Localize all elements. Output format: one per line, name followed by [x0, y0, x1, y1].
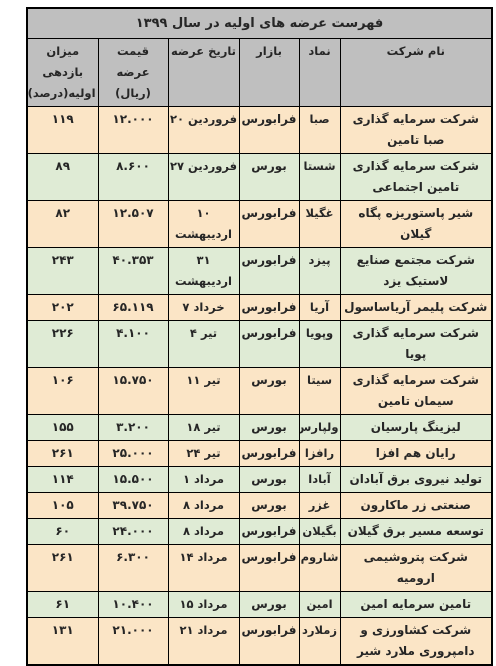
cell-date: ۴ تیر: [168, 321, 239, 368]
cell-company: شرکت مجتمع صنایع لاستیک یزد: [340, 248, 492, 295]
cell-symbol: سیتا: [299, 368, 340, 415]
cell-return: ۱۰۵: [27, 493, 98, 519]
column-header-date: تاریخ عرضه: [168, 39, 239, 107]
cell-market: بورس: [239, 467, 299, 493]
cell-symbol: غگیلا: [299, 201, 340, 248]
cell-price: ۶۵.۱۱۹: [98, 295, 168, 321]
cell-return: ۶۱: [27, 592, 98, 618]
header-row: نام شرکت نماد بازار تاریخ عرضه قیمت عرضه…: [27, 39, 492, 107]
cell-price: ۴۰.۳۵۳: [98, 248, 168, 295]
table-row: شرکت مجتمع صنایع لاستیک یزدپیزدفرابورس۳۱…: [27, 248, 492, 295]
table-row: شرکت سرمایه گذاری سیمان تامینسیتابورس۱۱ …: [27, 368, 492, 415]
cell-symbol: زملارد: [299, 618, 340, 666]
cell-market: بورس: [239, 154, 299, 201]
cell-price: ۱۲.۰۰۰: [98, 107, 168, 154]
table-row: شرکت سرمایه گذاری صبا تامینصبافرابورس۲۰ …: [27, 107, 492, 154]
table-body: شرکت سرمایه گذاری صبا تامینصبافرابورس۲۰ …: [27, 107, 492, 666]
table-row: رایان هم افزارافزافرابورس۲۴ تیر۲۵.۰۰۰۲۶۱: [27, 441, 492, 467]
cell-company: شرکت پلیمر آریاساسول: [340, 295, 492, 321]
cell-return: ۲۶۱: [27, 441, 98, 467]
cell-symbol: صبا: [299, 107, 340, 154]
cell-company: صنعتی زر ماکارون: [340, 493, 492, 519]
cell-market: فرابورس: [239, 519, 299, 545]
cell-price: ۳.۲۰۰: [98, 415, 168, 441]
cell-return: ۲۲۶: [27, 321, 98, 368]
cell-market: فرابورس: [239, 618, 299, 666]
cell-return: ۲۶۱: [27, 545, 98, 592]
table-title: فهرست عرضه های اولیه در سال ۱۳۹۹: [27, 8, 492, 39]
cell-price: ۴.۱۰۰: [98, 321, 168, 368]
cell-market: بورس: [239, 415, 299, 441]
cell-date: ۲۷ فروردین: [168, 154, 239, 201]
cell-date: ۱۸ تیر: [168, 415, 239, 441]
cell-return: ۲۴۳: [27, 248, 98, 295]
column-header-price: قیمت عرضه (ریال): [98, 39, 168, 107]
cell-market: فرابورس: [239, 441, 299, 467]
table-row: شیر پاستوریزه پگاه گیلانغگیلافرابورس۱۰ ا…: [27, 201, 492, 248]
table-row: صنعتی زر ماکارونغزربورس۸ مرداد۳۹.۷۵۰۱۰۵: [27, 493, 492, 519]
table-row: تامین سرمایه امینامینبورس۱۵ مرداد۱۰.۴۰۰۶…: [27, 592, 492, 618]
cell-return: ۸۲: [27, 201, 98, 248]
cell-date: ۲۴ تیر: [168, 441, 239, 467]
cell-date: ۳۱ اردیبهشت: [168, 248, 239, 295]
cell-date: ۷ خرداد: [168, 295, 239, 321]
cell-return: ۸۹: [27, 154, 98, 201]
cell-symbol: امین: [299, 592, 340, 618]
cell-company: شرکت پتروشیمی ارومیه: [340, 545, 492, 592]
cell-market: بورس: [239, 368, 299, 415]
cell-date: ۱۴ مرداد: [168, 545, 239, 592]
cell-price: ۱۵.۵۰۰: [98, 467, 168, 493]
cell-symbol: رافزا: [299, 441, 340, 467]
column-header-symbol: نماد: [299, 39, 340, 107]
cell-date: ۸ مرداد: [168, 493, 239, 519]
table-row: شرکت پلیمر آریاساسولآریافرابورس۷ خرداد۶۵…: [27, 295, 492, 321]
cell-price: ۳۹.۷۵۰: [98, 493, 168, 519]
cell-date: ۱ مرداد: [168, 467, 239, 493]
cell-market: فرابورس: [239, 248, 299, 295]
cell-company: شیر پاستوریزه پگاه گیلان: [340, 201, 492, 248]
cell-date: ۸ مرداد: [168, 519, 239, 545]
cell-company: شرکت سرمایه گذاری تامین اجتماعی: [340, 154, 492, 201]
cell-symbol: شستا: [299, 154, 340, 201]
cell-date: ۱۱ تیر: [168, 368, 239, 415]
cell-market: فرابورس: [239, 107, 299, 154]
cell-company: شرکت سرمایه گذاری سیمان تامین: [340, 368, 492, 415]
cell-market: فرابورس: [239, 295, 299, 321]
table-row: لیزینگ پارسیانولپارسبورس۱۸ تیر۳.۲۰۰۱۵۵: [27, 415, 492, 441]
cell-date: ۲۱ مرداد: [168, 618, 239, 666]
cell-symbol: وپویا: [299, 321, 340, 368]
table-row: شرکت سرمایه گذاری تامین اجتماعیشستابورس۲…: [27, 154, 492, 201]
column-header-return: میزان بازدهی اولیه(درصد): [27, 39, 98, 107]
cell-company: شرکت سرمایه گذاری پویا: [340, 321, 492, 368]
cell-price: ۶.۳۰۰: [98, 545, 168, 592]
cell-symbol: شاروم: [299, 545, 340, 592]
cell-symbol: آریا: [299, 295, 340, 321]
column-header-company: نام شرکت: [340, 39, 492, 107]
cell-symbol: بگیلان: [299, 519, 340, 545]
cell-date: ۱۵ مرداد: [168, 592, 239, 618]
cell-price: ۲۵.۰۰۰: [98, 441, 168, 467]
ipo-table: فهرست عرضه های اولیه در سال ۱۳۹۹ نام شرک…: [26, 7, 493, 666]
cell-company: تولید نیروی برق آبادان: [340, 467, 492, 493]
cell-price: ۲۴.۰۰۰: [98, 519, 168, 545]
table-row: شرکت کشاورزی و دامپروری ملارد شیرزملاردف…: [27, 618, 492, 666]
cell-return: ۱۰۶: [27, 368, 98, 415]
cell-company: شرکت سرمایه گذاری صبا تامین: [340, 107, 492, 154]
cell-company: لیزینگ پارسیان: [340, 415, 492, 441]
cell-market: فرابورس: [239, 545, 299, 592]
cell-symbol: غزر: [299, 493, 340, 519]
table-row: تولید نیروی برق آبادانآبادابورس۱ مرداد۱۵…: [27, 467, 492, 493]
cell-price: ۸.۶۰۰: [98, 154, 168, 201]
cell-symbol: ولپارس: [299, 415, 340, 441]
cell-date: ۲۰ فروردین: [168, 107, 239, 154]
column-header-market: بازار: [239, 39, 299, 107]
table-row: شرکت پتروشیمی ارومیهشارومفرابورس۱۴ مرداد…: [27, 545, 492, 592]
cell-price: ۱۵.۷۵۰: [98, 368, 168, 415]
cell-market: بورس: [239, 592, 299, 618]
title-row: فهرست عرضه های اولیه در سال ۱۳۹۹: [27, 8, 492, 39]
cell-return: ۲۰۲: [27, 295, 98, 321]
cell-company: رایان هم افزا: [340, 441, 492, 467]
cell-company: توسعه مسیر برق گیلان: [340, 519, 492, 545]
cell-return: ۶۰: [27, 519, 98, 545]
cell-market: بورس: [239, 493, 299, 519]
cell-market: فرابورس: [239, 321, 299, 368]
cell-return: ۱۳۱: [27, 618, 98, 666]
cell-price: ۲۱.۰۰۰: [98, 618, 168, 666]
table-row: شرکت سرمایه گذاری پویاوپویافرابورس۴ تیر۴…: [27, 321, 492, 368]
cell-return: ۱۱۴: [27, 467, 98, 493]
cell-company: تامین سرمایه امین: [340, 592, 492, 618]
cell-symbol: پیزد: [299, 248, 340, 295]
cell-price: ۱۲.۵۰۷: [98, 201, 168, 248]
cell-date: ۱۰ اردیبهشت: [168, 201, 239, 248]
cell-symbol: آبادا: [299, 467, 340, 493]
cell-market: فرابورس: [239, 201, 299, 248]
cell-return: ۱۵۵: [27, 415, 98, 441]
table-row: توسعه مسیر برق گیلانبگیلانفرابورس۸ مرداد…: [27, 519, 492, 545]
cell-price: ۱۰.۴۰۰: [98, 592, 168, 618]
cell-return: ۱۱۹: [27, 107, 98, 154]
cell-company: شرکت کشاورزی و دامپروری ملارد شیر: [340, 618, 492, 666]
